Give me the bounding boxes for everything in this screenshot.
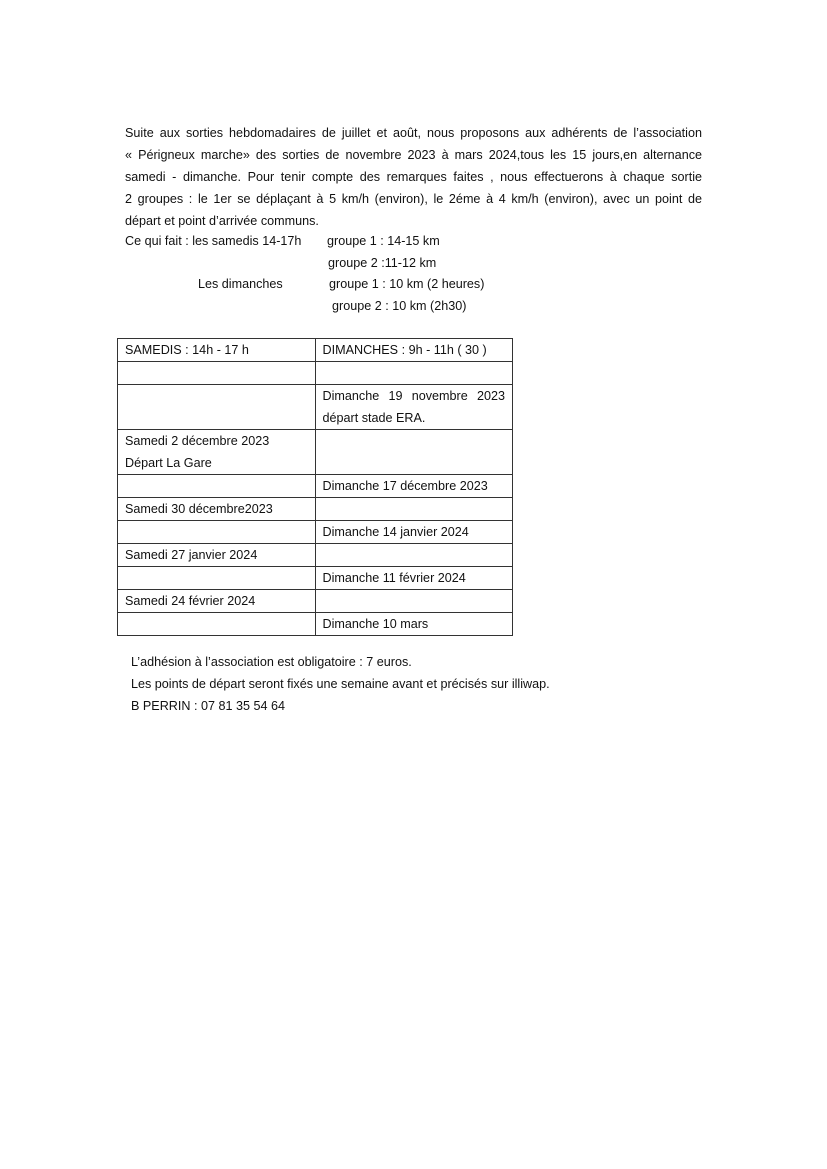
cell-samedi: Samedi 30 décembre2023 bbox=[118, 498, 316, 521]
table-row: Samedi 2 décembre 2023Départ La Gare bbox=[118, 430, 513, 475]
cell-line: Départ La Gare bbox=[125, 452, 308, 474]
dimanches-group2: groupe 2 : 10 km (2h30) bbox=[332, 295, 466, 317]
table-row: Dimanche 17 décembre 2023 bbox=[118, 475, 513, 498]
samedis-group1: groupe 1 : 14-15 km bbox=[327, 230, 440, 252]
cell-samedi bbox=[118, 362, 316, 385]
cell-dimanche bbox=[315, 590, 513, 613]
intro-line: samedi - dimanche. Pour tenir compte des… bbox=[125, 166, 702, 188]
cell-dimanche bbox=[315, 362, 513, 385]
dimanches-group1: groupe 1 : 10 km (2 heures) bbox=[329, 273, 484, 295]
cell-samedi bbox=[118, 521, 316, 544]
intro-line: 2 groupes : le 1er se déplaçant à 5 km/h… bbox=[125, 188, 702, 210]
cell-dimanche: Dimanche 19 novembre 2023départ stade ER… bbox=[315, 385, 513, 430]
intro-paragraph: Suite aux sorties hebdomadaires de juill… bbox=[125, 122, 702, 232]
cell-dimanche bbox=[315, 498, 513, 521]
departure-note: Les points de départ seront fixés une se… bbox=[131, 673, 550, 695]
table-row: Dimanche 10 mars bbox=[118, 613, 513, 636]
cell-samedi bbox=[118, 613, 316, 636]
document-page: Suite aux sorties hebdomadaires de juill… bbox=[0, 0, 827, 1169]
cell-line: Samedi 2 décembre 2023 bbox=[125, 430, 308, 452]
cell-samedi: Samedi 24 février 2024 bbox=[118, 590, 316, 613]
cell-line: départ stade ERA. bbox=[323, 407, 506, 429]
cell-dimanche bbox=[315, 544, 513, 567]
samedis-group2: groupe 2 :11-12 km bbox=[328, 252, 436, 274]
table-header-row: SAMEDIS : 14h - 17 h DIMANCHES : 9h - 11… bbox=[118, 339, 513, 362]
intro-line: départ et point d’arrivée communs. bbox=[125, 210, 702, 232]
table-row: Samedi 27 janvier 2024 bbox=[118, 544, 513, 567]
cell-dimanche: Dimanche 17 décembre 2023 bbox=[315, 475, 513, 498]
cell-samedi: Samedi 27 janvier 2024 bbox=[118, 544, 316, 567]
cell-dimanche: Dimanche 10 mars bbox=[315, 613, 513, 636]
intro-line: « Périgneux marche» des sorties de novem… bbox=[125, 144, 702, 166]
cell-dimanche: Dimanche 11 février 2024 bbox=[315, 567, 513, 590]
cell-samedi bbox=[118, 385, 316, 430]
cell-dimanche: Dimanche 14 janvier 2024 bbox=[315, 521, 513, 544]
cell-dimanche bbox=[315, 430, 513, 475]
table-row: Dimanche 14 janvier 2024 bbox=[118, 521, 513, 544]
membership-note: L’adhésion à l’association est obligatoi… bbox=[131, 651, 550, 673]
samedis-label: Ce qui fait : les samedis 14-17h bbox=[125, 230, 301, 252]
table-row bbox=[118, 362, 513, 385]
table-row: Dimanche 19 novembre 2023départ stade ER… bbox=[118, 385, 513, 430]
cell-samedi bbox=[118, 567, 316, 590]
cell-line: Dimanche 19 novembre 2023 bbox=[323, 385, 506, 407]
header-samedis: SAMEDIS : 14h - 17 h bbox=[118, 339, 316, 362]
header-dimanches: DIMANCHES : 9h - 11h ( 30 ) bbox=[315, 339, 513, 362]
footer-notes: L’adhésion à l’association est obligatoi… bbox=[131, 651, 550, 717]
cell-samedi bbox=[118, 475, 316, 498]
cell-samedi: Samedi 2 décembre 2023Départ La Gare bbox=[118, 430, 316, 475]
table-row: Samedi 24 février 2024 bbox=[118, 590, 513, 613]
schedule-table: SAMEDIS : 14h - 17 h DIMANCHES : 9h - 11… bbox=[117, 338, 513, 636]
dimanches-label: Les dimanches bbox=[198, 273, 283, 295]
table-row: Samedi 30 décembre2023 bbox=[118, 498, 513, 521]
intro-line: Suite aux sorties hebdomadaires de juill… bbox=[125, 122, 702, 144]
contact-line: B PERRIN : 07 81 35 54 64 bbox=[131, 695, 550, 717]
table-row: Dimanche 11 février 2024 bbox=[118, 567, 513, 590]
